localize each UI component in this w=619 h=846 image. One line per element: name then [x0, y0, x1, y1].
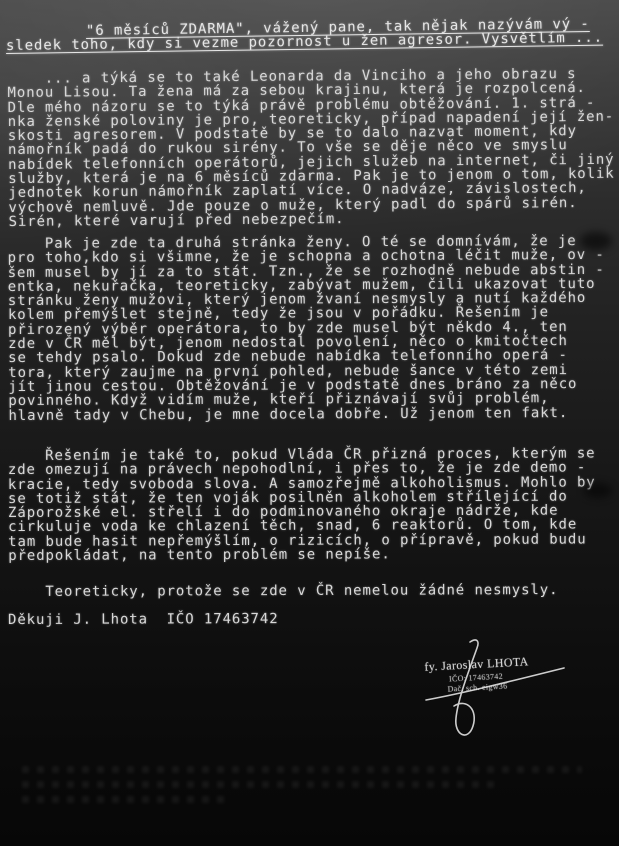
handwritten-signature-icon	[412, 636, 582, 746]
bleedthrough-text-smudge	[22, 766, 582, 773]
paragraph-2: Pak je zde ta druhá stránka ženy. O té s…	[8, 234, 606, 423]
bleedthrough-text-smudge	[22, 796, 232, 803]
bleedthrough-text-smudge	[22, 781, 502, 788]
paragraph-1: ... a týká se to také Leonarda da Vincih…	[7, 67, 615, 230]
signoff-line: Děkuji J. Lhota IČO 17463742	[8, 612, 279, 627]
ink-smudge	[584, 483, 612, 498]
closing-line: Teoreticky, protože se zde v ČR nemelou …	[8, 583, 558, 599]
ink-smudge	[580, 232, 612, 250]
document-page: "6 měsíců ZDARMA", vážený pane, tak něja…	[0, 0, 619, 846]
paragraph-3: Řešením je také to, pokud Vláda ČR přizn…	[8, 446, 596, 563]
